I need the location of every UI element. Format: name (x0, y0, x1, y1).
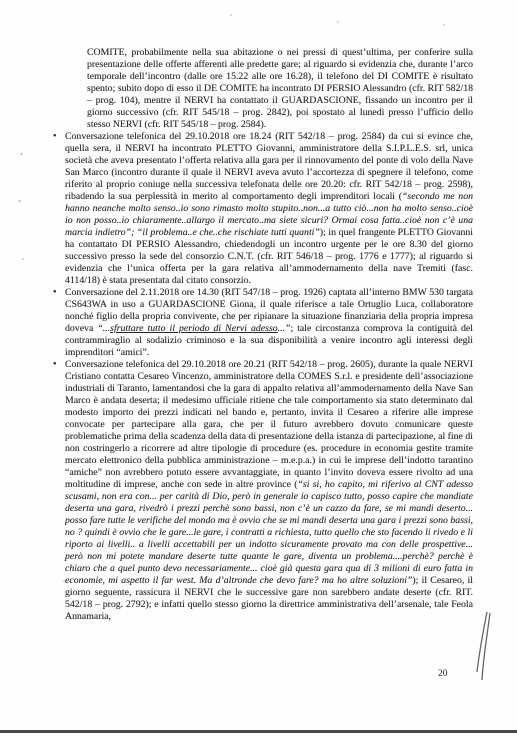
bullet-icon: • (53, 131, 57, 143)
continuation-paragraph: COMITE, probabilmente nella sua abitazio… (87, 47, 473, 131)
bullet-item-conversation-3: • Conversazione telefonica del 29.10.201… (65, 359, 473, 623)
page-body: COMITE, probabilmente nella sua abitazio… (0, 47, 517, 623)
bullet-icon: • (53, 287, 57, 299)
bullet-list: • Conversazione telefonica del 29.10.201… (0, 131, 517, 623)
scan-speck (230, 14, 232, 16)
page-number: 20 (438, 669, 448, 679)
scan-bottom-edge (0, 730, 517, 733)
bullet-text: Conversazione telefonica del 29.10.2018 … (65, 131, 473, 286)
bullet-text: Conversazione del 2.11.2018 ore 14.30 (R… (65, 287, 473, 358)
bullet-icon: • (53, 359, 57, 371)
bullet-item-conversation-2: • Conversazione del 2.11.2018 ore 14.30 … (65, 287, 473, 359)
bullet-text: Conversazione telefonica del 29.10.2018 … (65, 359, 473, 622)
bullet-item-conversation-1: • Conversazione telefonica del 29.10.201… (65, 131, 473, 287)
scan-speck (337, 21, 339, 23)
scan-speck (443, 24, 445, 26)
document-page: COMITE, probabilmente nella sua abitazio… (0, 0, 517, 737)
